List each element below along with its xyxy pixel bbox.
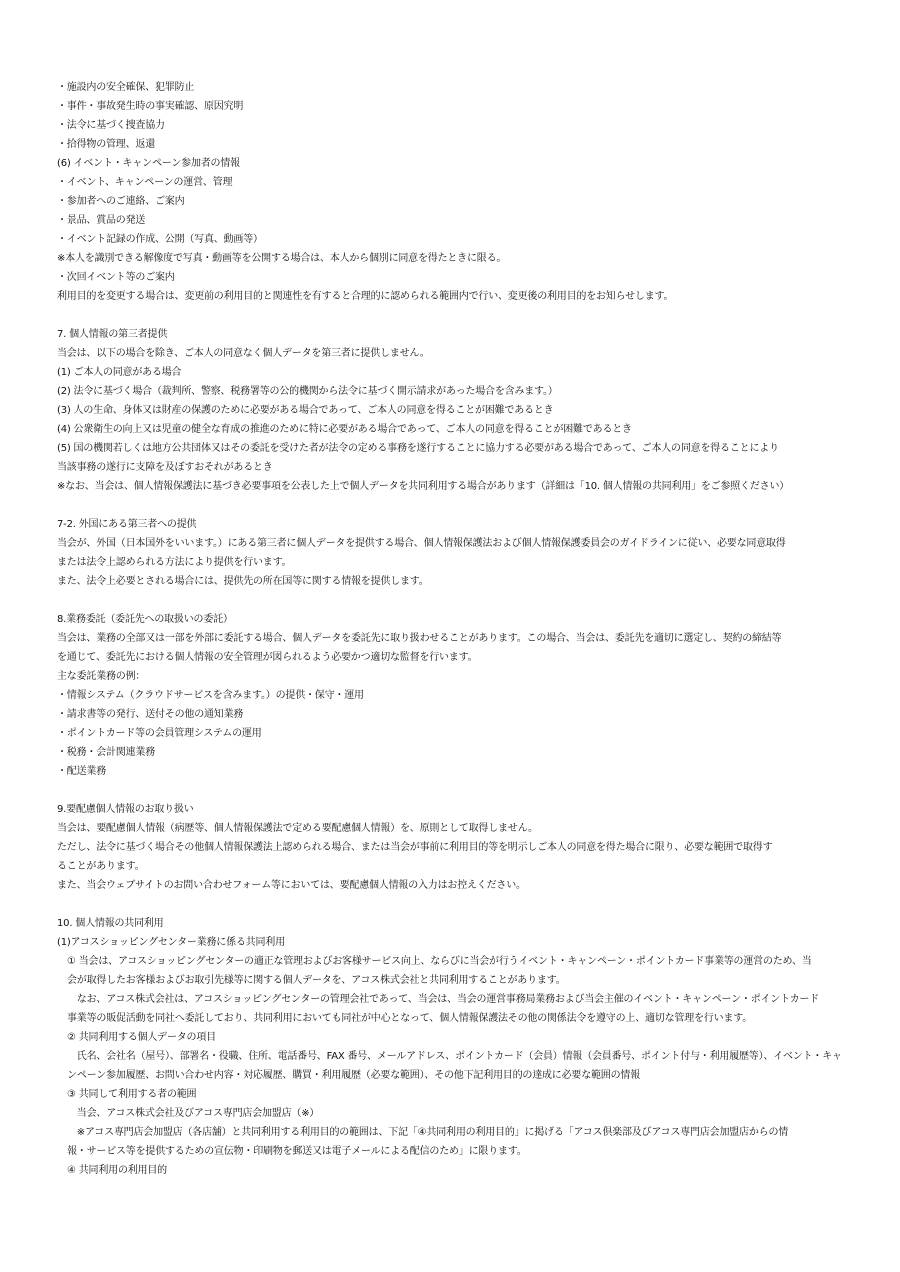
paragraph: また、当会ウェブサイトのお問い合わせフォーム等においては、要配慮個人情報の入力は… [57, 876, 847, 895]
paragraph: なお、アコス株式会社は、アコスショッピングセンターの管理会社であって、当会は、当… [57, 990, 847, 1009]
point-1: ① 当会は、アコスショッピングセンターの適正な管理およびお客様サービス向上、なら… [57, 952, 847, 1028]
list-item: (1) ご本人の同意がある場合 [57, 363, 847, 382]
list-item: (4) 公衆衛生の向上又は児童の健全な育成の推進のために特に必要がある場合であっ… [57, 420, 847, 439]
point-3: ③ 共同して利用する者の範囲 当会、アコス株式会社及びアコス専門店会加盟店（※）… [57, 1085, 847, 1161]
point-title: ④ 共同利用の利用目的 [57, 1161, 847, 1180]
section-8: 8.業務委託（委託先への取扱いの委託） 当会は、業務の全部又は一部を外部に委託す… [57, 610, 847, 781]
list-item: ・施設内の安全確保、犯罪防止 [57, 78, 847, 97]
note-text: ※アコス専門店会加盟店（各店舗）と共同利用する利用目的の範囲は、下記「④共同利用… [57, 1123, 847, 1142]
list-item: (3) 人の生命、身体又は財産の保護のために必要がある場合であって、ご本人の同意… [57, 401, 847, 420]
list-item: ・ポイントカード等の会員管理システムの運用 [57, 724, 847, 743]
paragraph: 当会は、業務の全部又は一部を外部に委託する場合、個人データを委託先に取り扱わせる… [57, 629, 847, 648]
list-item-continued: 当該事務の遂行に支障を及ぼすおそれがあるとき [57, 458, 847, 477]
list-item: ・拾得物の管理、返還 [57, 135, 847, 154]
paragraph: 当会、アコス株式会社及びアコス専門店会加盟店（※） [57, 1104, 847, 1123]
list-item: ・イベント、キャンペーンの運営、管理 [57, 173, 847, 192]
point-2: ② 共同利用する個人データの項目 氏名、会社名（屋号）、部署名・役職、住所、電話… [57, 1028, 847, 1085]
examples-label: 主な委託業務の例： [57, 667, 847, 686]
section-10: 10. 個人情報の共同利用 (1)アコスショッピングセンター業務に係る共同利用 … [57, 914, 847, 1180]
list-item: ・次回イベント等のご案内 [57, 268, 847, 287]
point-title: ② 共同利用する個人データの項目 [57, 1028, 847, 1047]
list-item: ・イベント記録の作成、公開（写真、動画等） [57, 230, 847, 249]
list-item: ・税務・会計関連業務 [57, 743, 847, 762]
paragraph: または法令上認められる方法により提供を行います。 [57, 553, 847, 572]
paragraph: 氏名、会社名（屋号）、部署名・役職、住所、電話番号、FAX 番号、メールアドレス… [57, 1047, 847, 1066]
paragraph: を通じて、委託先における個人情報の安全管理が図られるよう必要かつ適切な監督を行い… [57, 648, 847, 667]
paragraph: 当会は、以下の場合を除き、ご本人の同意なく個人データを第三者に提供しません。 [57, 344, 847, 363]
spacer [57, 496, 847, 515]
list-item: ・事件・事故発生時の事実確認、原因究明 [57, 97, 847, 116]
list-item: (2) 法令に基づく場合（裁判所、警察、税務署等の公的機関から法令に基づく開示請… [57, 382, 847, 401]
paragraph: ただし、法令に基づく場合その他個人情報保護法上認められる場合、または当会が事前に… [57, 838, 847, 857]
section-7-2: 7-2. 外国にある第三者への提供 当会が、外国（日本国外をいいます。）にある第… [57, 515, 847, 591]
section-title: 10. 個人情報の共同利用 [57, 914, 847, 933]
section-title: 7. 個人情報の第三者提供 [57, 325, 847, 344]
subsection-title: (1)アコスショッピングセンター業務に係る共同利用 [57, 933, 847, 952]
list-item: ・法令に基づく捜査協力 [57, 116, 847, 135]
list-item: ・景品、賞品の発送 [57, 211, 847, 230]
spacer [57, 781, 847, 800]
spacer [57, 306, 847, 325]
paragraph: ンペーン参加履歴、お問い合わせ内容・対応履歴、購買・利用履歴（必要な範囲）、その… [57, 1066, 847, 1085]
paragraph: 会が取得したお客様およびお取引先様等に関する個人データを、アコス株式会社と共同利… [57, 971, 847, 990]
privacy-policy-document: ・施設内の安全確保、犯罪防止 ・事件・事故発生時の事実確認、原因究明 ・法令に基… [57, 78, 847, 1180]
section-9: 9.要配慮個人情報のお取り扱い 当会は、要配慮個人情報（病歴等、個人情報保護法で… [57, 800, 847, 895]
paragraph: 当会が、外国（日本国外をいいます。）にある第三者に個人データを提供する場合、個人… [57, 534, 847, 553]
spacer [57, 591, 847, 610]
subsection-6-title: (6) イベント・キャンペーン参加者の情報 [57, 154, 847, 173]
list-item: ・参加者へのご連絡、ご案内 [57, 192, 847, 211]
section-7: 7. 個人情報の第三者提供 当会は、以下の場合を除き、ご本人の同意なく個人データ… [57, 325, 847, 496]
paragraph: ① 当会は、アコスショッピングセンターの適正な管理およびお客様サービス向上、なら… [57, 952, 847, 971]
list-item: ・情報システム（クラウドサービスを含みます。）の提供・保守・運用 [57, 686, 847, 705]
section-title: 8.業務委託（委託先への取扱いの委託） [57, 610, 847, 629]
note-text: ※本人を識別できる解像度で写真・動画等を公開する場合は、本人から個別に同意を得た… [57, 249, 847, 268]
list-item: ・配送業務 [57, 762, 847, 781]
paragraph: また、法令上必要とされる場合には、提供先の所在国等に関する情報を提供します。 [57, 572, 847, 591]
section-title: 7-2. 外国にある第三者への提供 [57, 515, 847, 534]
point-4: ④ 共同利用の利用目的 [57, 1161, 847, 1180]
point-title: ③ 共同して利用する者の範囲 [57, 1085, 847, 1104]
list-item: ・請求書等の発行、送付その他の通知業務 [57, 705, 847, 724]
list-item: (5) 国の機関若しくは地方公共団体又はその委託を受けた者が法令の定める事務を遂… [57, 439, 847, 458]
section-title: 9.要配慮個人情報のお取り扱い [57, 800, 847, 819]
spacer [57, 895, 847, 914]
note-text: ※なお、当会は、個人情報保護法に基づき必要事項を公表した上で個人データを共同利用… [57, 477, 847, 496]
paragraph: 当会は、要配慮個人情報（病歴等、個人情報保護法で定める要配慮個人情報）を、原則と… [57, 819, 847, 838]
note-text: 報・サービス等を提供するための宣伝物・印刷物を郵送又は電子メールによる配信のため… [57, 1142, 847, 1161]
paragraph: 事業等の販促活動を同社へ委託しており、共同利用においても同社が中心となって、個人… [57, 1009, 847, 1028]
section-6-tail: ・施設内の安全確保、犯罪防止 ・事件・事故発生時の事実確認、原因究明 ・法令に基… [57, 78, 847, 306]
paragraph: ることがあります。 [57, 857, 847, 876]
purpose-change-note: 利用目的を変更する場合は、変更前の利用目的と関連性を有すると合理的に認められる範… [57, 287, 847, 306]
